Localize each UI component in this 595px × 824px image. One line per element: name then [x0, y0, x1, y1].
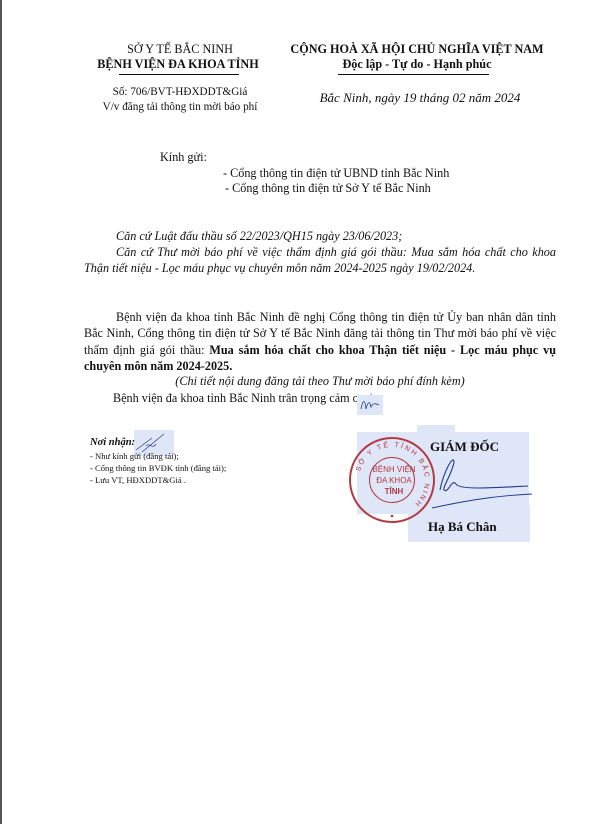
stamp-line: TỈNH [351, 487, 437, 496]
distribution-item: - Lưu VT, HĐXDDT&Giá . [90, 475, 186, 485]
document-subject: V/v đăng tải thông tin mời báo phí [85, 101, 275, 113]
request-paragraph: Bệnh viện đa khoa tỉnh Bắc Ninh đề nghị … [84, 309, 556, 374]
motto-underline [338, 74, 489, 75]
thanks-line: Bệnh viện đa khoa tỉnh Bắc Ninh trân trọ… [113, 391, 375, 406]
recipient-item: - Cổng thông tin điện tử Sở Y tế Bắc Nin… [225, 181, 431, 196]
distribution-item: - Như kính gửi (đăng tải); [90, 451, 179, 461]
distribution-item: - Cổng thông tin BVĐK tỉnh (đăng tải); [90, 463, 226, 473]
recipients-label: Kính gửi: [160, 150, 207, 165]
document-number: Số: 706/BVT-HĐXDDT&Giá [85, 86, 275, 98]
initial-signature [357, 395, 383, 415]
organization-underline [119, 74, 239, 75]
recipient-item: - Cổng thông tin điện tử UBND tỉnh Bắc N… [223, 166, 449, 181]
official-stamp: SỞ Y TẾ TỈNH BẮC NINH BỆNH VIỆN ĐA KHOA … [349, 437, 435, 523]
distribution-label: Nơi nhận: [90, 437, 135, 448]
legal-basis-2-wrapper: Căn cứ Thư mời báo phí về việc thẩm định… [116, 244, 556, 277]
place-date: Bắc Ninh, ngày 19 tháng 02 năm 2024 [290, 90, 550, 106]
initial-scribble-icon [357, 395, 383, 415]
organization-name: BỆNH VIỆN ĐA KHOA TỈNH [78, 57, 278, 72]
stamp-line: ĐA KHOA [351, 476, 437, 485]
national-motto: Độc lập - Tự do - Hạnh phúc [262, 57, 572, 72]
signer-name: Hạ Bá Chân [428, 519, 497, 535]
legal-basis-2: Căn cứ Thư mời báo phí về việc thẩm định… [84, 244, 556, 277]
authority-name: SỞ Y TẾ BẮC NINH [95, 42, 265, 57]
stamp-line: BỆNH VIỆN [351, 465, 437, 474]
director-signature-icon [430, 450, 535, 510]
country-name: CỘNG HOÀ XÃ HỘI CHỦ NGHĨA VIỆT NAM [262, 42, 572, 57]
organization-name-text: BỆNH VIỆN ĐA KHOA TỈNH [97, 57, 258, 71]
page-edge [0, 0, 2, 824]
signer-title: GIÁM ĐỐC [430, 439, 499, 455]
attachment-note: (Chi tiết nội dung đăng tải theo Thư mời… [84, 374, 556, 389]
legal-basis-1: Căn cứ Luật đấu thầu số 22/2023/QH15 ngà… [116, 228, 556, 244]
